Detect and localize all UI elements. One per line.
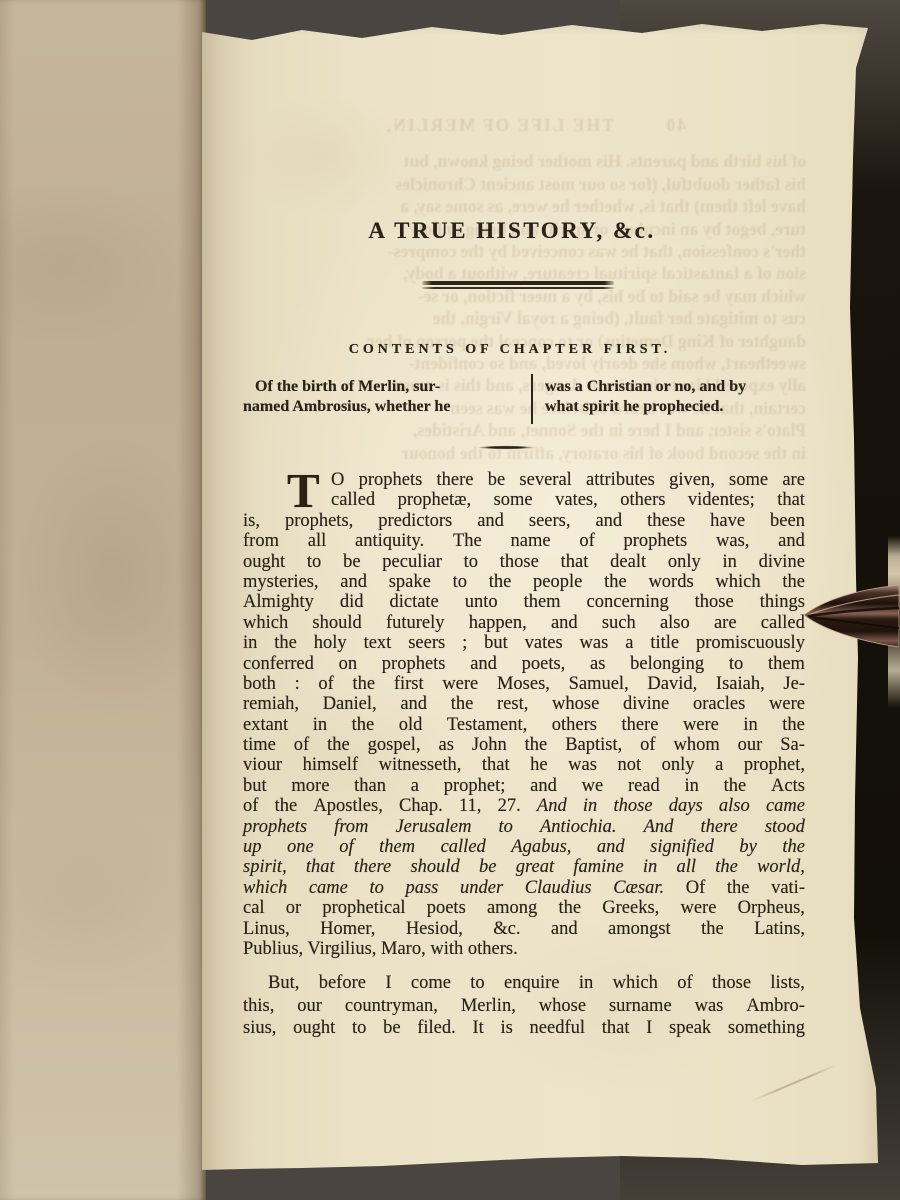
drop-cap: T (287, 471, 320, 511)
contents-line: named Ambrosius, whether he (243, 397, 509, 417)
body-line: But,beforeIcometoenquireinwhichofthoseli… (243, 973, 805, 995)
body-line: conferredonprophetsandpoets,asbelongingt… (243, 654, 805, 674)
rule-thick (422, 281, 614, 285)
body-line: fromallantiquity.Thenameofprophetswas,an… (243, 531, 805, 551)
body-line: both:ofthefirstwereMoses,Samuel,David,Is… (243, 674, 805, 694)
ghost-line: have left them) that is, whether he were… (240, 195, 806, 217)
body-line: sius,oughttobefiled.ItisneedfulthatIspea… (243, 1018, 805, 1040)
body-line: whichcametopassunderClaudiusCæsar.Ofthev… (243, 878, 805, 898)
page-holder-clip (802, 582, 899, 650)
ghost-line: cus to mitigate her fault, (being a roya… (240, 307, 806, 329)
ghost-line: of his birth and parents. His mother bei… (240, 150, 806, 172)
body-line: Publius, Virgilius, Maro, with others. (243, 939, 805, 959)
book-page: 40 THE LIFE OF MERLIN, of his birth and … (202, 18, 882, 1170)
contents-line: was a Christian or no, and by (545, 377, 805, 397)
body-line: Linus,Homer,Hesiod,&c.andamongsttheLatin… (243, 919, 805, 939)
page-title: A TRUE HISTORY, &c. (231, 218, 793, 244)
ghost-running-head: 40 THE LIFE OF MERLIN, (240, 114, 806, 136)
corner-crease (751, 1064, 836, 1102)
body-line: this,ourcountryman,Merlin,whosesurnamewa… (243, 996, 805, 1018)
contents-line: what spirit he prophecied. (545, 397, 805, 417)
body-line: is,prophets,predictorsandseers,andtheseh… (243, 511, 805, 531)
body-line: oftheApostles,Chap.11,27.Andinthosedaysa… (243, 796, 805, 816)
contents-right-column: was a Christian or no, and bywhat spirit… (545, 377, 805, 417)
book-photo: 40 THE LIFE OF MERLIN, of his birth and … (0, 0, 900, 1200)
body-line: mysteries,andspaketothepeoplethewordswhi… (243, 572, 805, 592)
body-line: butmorethanaprophet;andwereadintheActs (243, 776, 805, 796)
body-line: remiah,Daniel,andtherest,whosedivineorac… (243, 694, 805, 714)
left-page-edge (0, 0, 206, 1200)
body-line: prophetsfromJerusalemtoAntiochia.Andther… (243, 817, 805, 837)
body-line: intheholytextseers;butvateswasatitleprom… (243, 633, 805, 653)
body-line: extantintheoldTestament,otherstherewerei… (243, 715, 805, 735)
body-line: timeofthegospel,asJohntheBaptist,ofwhomo… (243, 735, 805, 755)
body-line: whichshouldfuturelyhappen,andsuchalsoare… (243, 613, 805, 633)
body-line: calledprophetæ,somevates,othersvidentes;… (243, 490, 805, 510)
contents-divider (531, 374, 533, 424)
ghost-line: Plato's sister, and I here in the Sonnet… (240, 419, 806, 441)
body-line: viourhimselfwitnesseth,thathewasnotonlya… (243, 755, 805, 775)
body-line: spirit,thatthereshouldbegreatfamineinall… (243, 857, 805, 877)
section-rule (468, 445, 544, 450)
body-line: uponeofthemcalledAgabus,andsignifiedbyth… (243, 837, 805, 857)
paragraph: But,beforeIcometoenquireinwhichofthoseli… (243, 973, 805, 1040)
rule-thin (422, 287, 614, 289)
body-text: TOprophetstherebeseveralattributesgiven,… (243, 470, 805, 1041)
contents-heading: CONTENTS OF CHAPTER FIRST. (229, 342, 791, 358)
double-rule (422, 281, 614, 289)
body-line: Oprophetstherebeseveralattributesgiven,s… (243, 470, 805, 490)
contents-line: Of the birth of Merlin, sur- (243, 377, 509, 397)
paragraph: TOprophetstherebeseveralattributesgiven,… (243, 470, 805, 959)
body-line: calorpropheticalpoetsamongtheGreeks,were… (243, 898, 805, 918)
body-line: Almightydiddictateuntothemconcerningthos… (243, 592, 805, 612)
contents-left-column: Of the birth of Merlin, sur-named Ambros… (243, 377, 509, 417)
clip-graphic (802, 582, 899, 650)
body-line: oughttobepeculiartothosethatdealtonlyind… (243, 552, 805, 572)
ghost-line: his father doubtful, (for so our most an… (240, 173, 806, 195)
